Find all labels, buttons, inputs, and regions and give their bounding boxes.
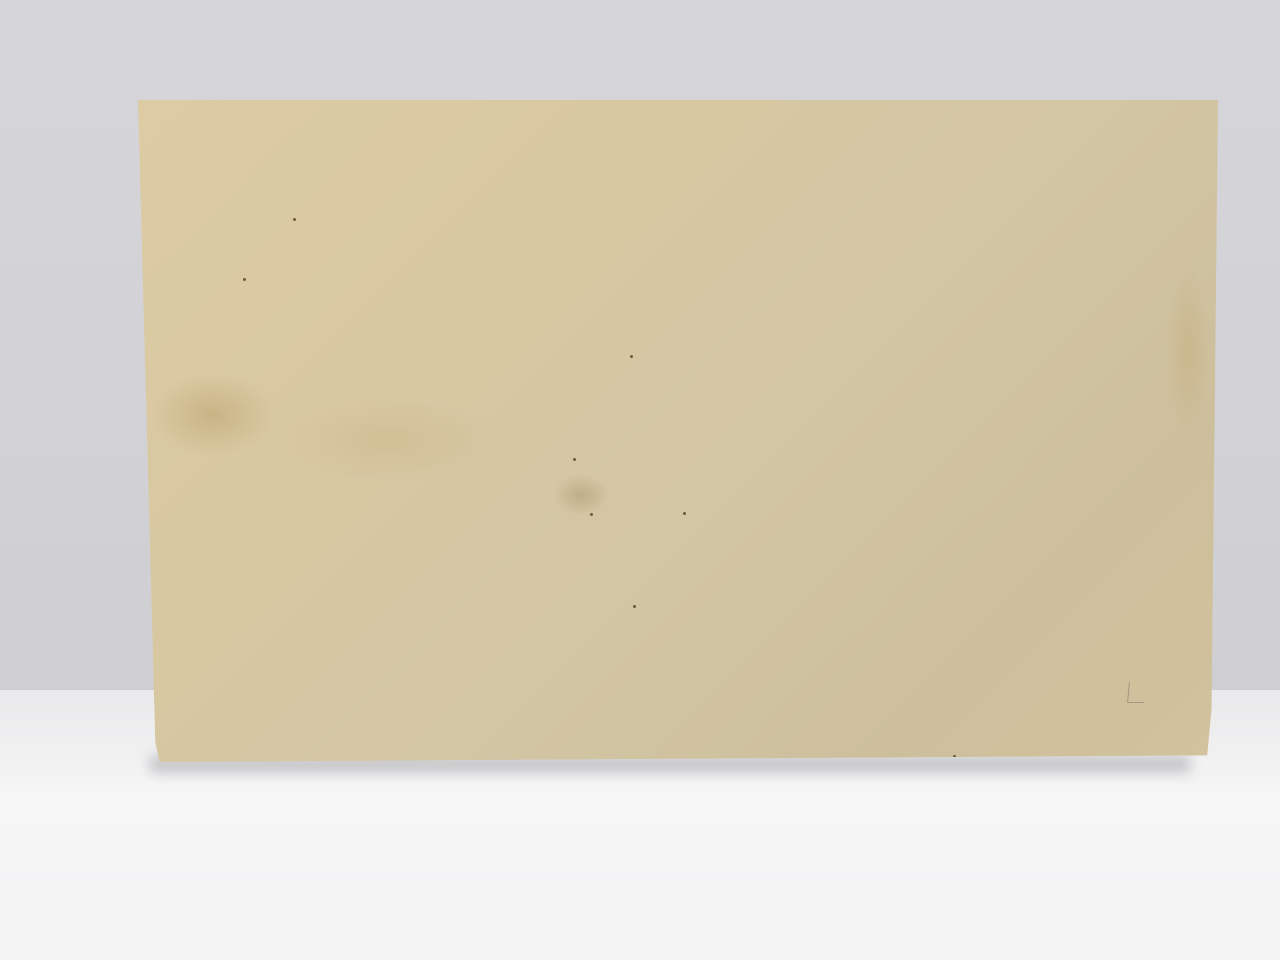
foxing-spot: [683, 512, 686, 515]
foxing-spot: [293, 218, 296, 221]
foxing-spot: [243, 278, 246, 281]
foxing-spot: [590, 513, 593, 516]
foxing-spot: [633, 605, 636, 608]
pencil-mark: [1127, 682, 1146, 703]
foxing-spot: [630, 355, 633, 358]
foxing-spot: [573, 458, 576, 461]
aged-card: [138, 100, 1218, 762]
